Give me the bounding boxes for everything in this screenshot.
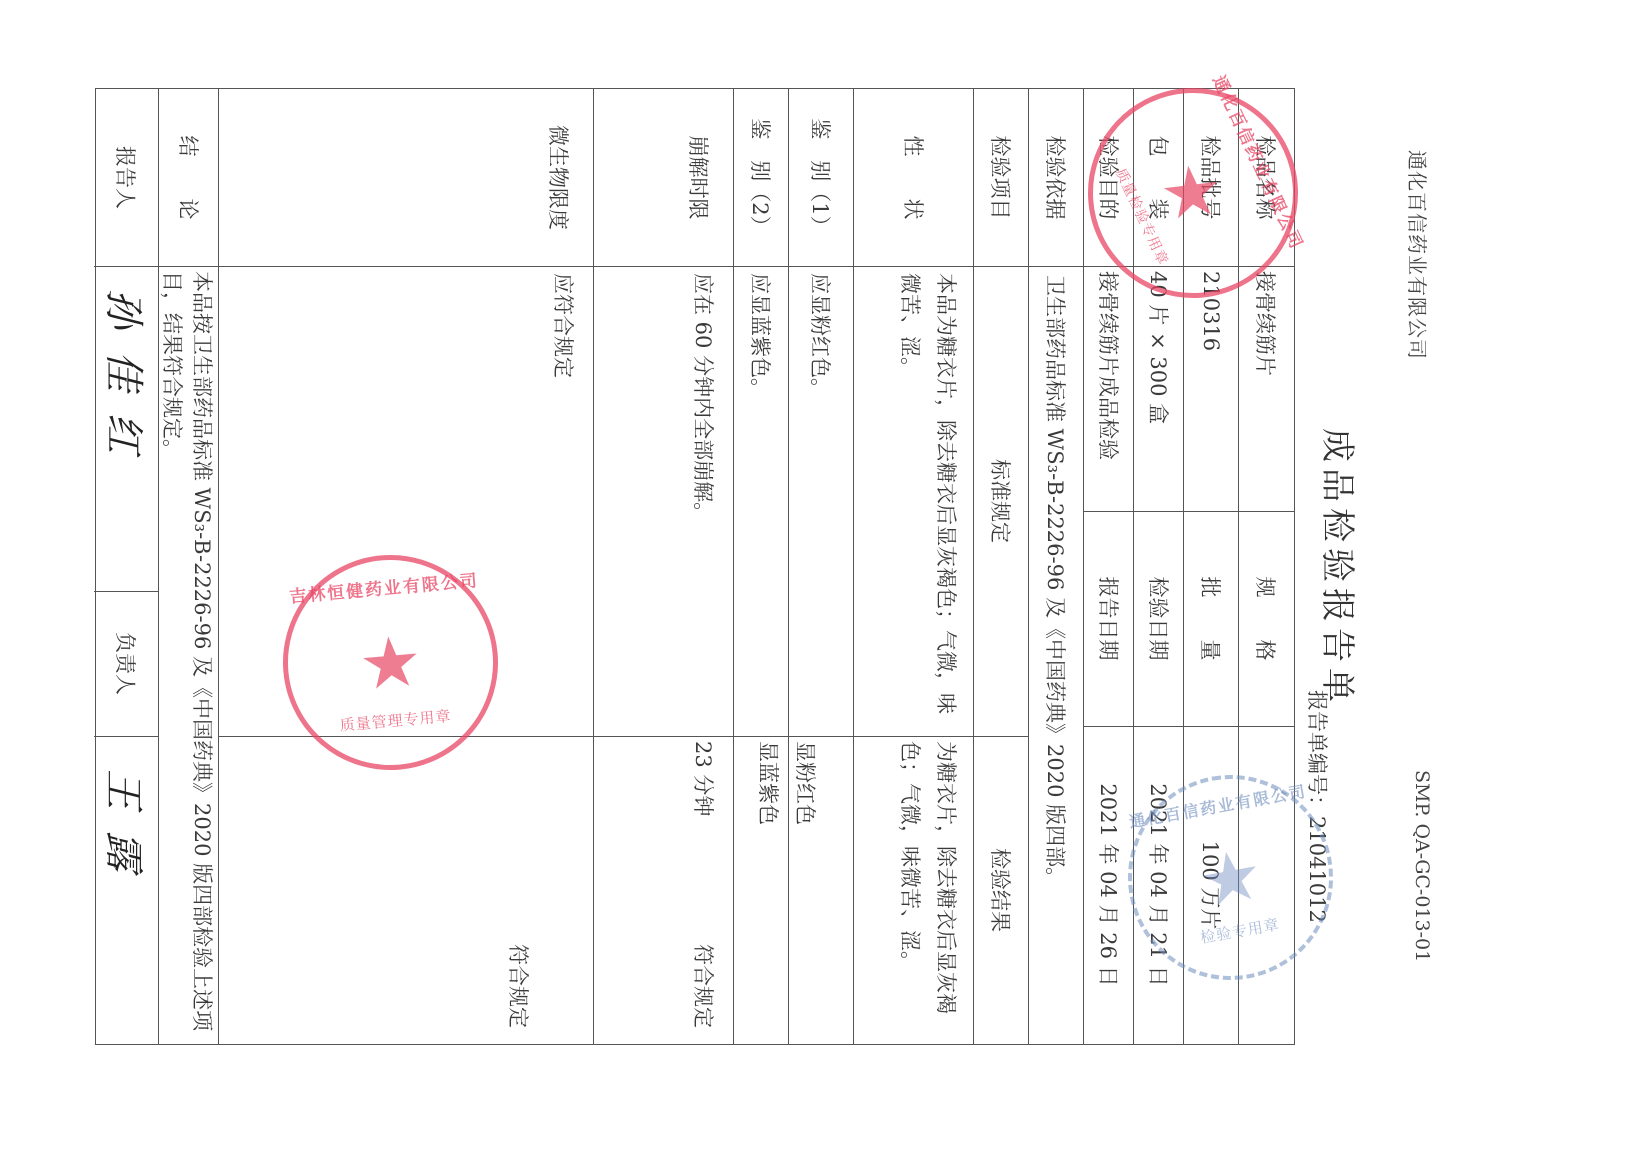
table-row-standard: 本品为糖衣片，除去糖衣后显灰褐色；气微，味微苦、涩。 [854, 273, 974, 733]
table-row-item: 鉴 别（2） [734, 89, 789, 266]
table-row-result: 为糖衣片，除去糖衣后显灰褐色；气微，味微苦、涩。 [854, 741, 974, 1041]
company-name: 通化百信药业有限公司 [1404, 150, 1433, 360]
purpose-value: 接骨续筋片成品检验 [1084, 271, 1134, 511]
conclusion-label: 结 论 [159, 89, 219, 266]
reporter-label: 报告人 [94, 89, 159, 266]
table-row-verdict: 符合规定 [489, 944, 549, 1044]
star-icon: ★ [1194, 838, 1268, 918]
table-row-result: 显蓝紫色 [749, 741, 789, 1041]
column-header-standard: 标准规定 [974, 266, 1029, 736]
page-title: 成品检验报告单 [1316, 428, 1365, 708]
table-row-item: 崩解时限 [594, 89, 734, 266]
table-row-standard: 应显粉红色。 [789, 273, 854, 733]
table-row-verdict: 符合规定 [674, 944, 734, 1044]
stamp-subtext: 质量管理专用章 [293, 701, 499, 740]
table-row-standard: 应显蓝紫色。 [734, 273, 789, 733]
table-row-standard: 应在 60 分钟内全部崩解。 [674, 273, 734, 733]
batch-no-value: 210316 [1184, 271, 1239, 511]
star-icon: ★ [1148, 150, 1238, 236]
manager-label: 负责人 [94, 591, 159, 736]
table-row-result: 显粉红色 [789, 741, 854, 1041]
scanned-document-viewport: 通化百信药业有限公司 成品检验报告单 SMP. QA-GC-013-01 报告单… [0, 0, 1638, 1158]
form-code: SMP. QA-GC-013-01 [1411, 770, 1433, 962]
column-header-result: 检验结果 [974, 736, 1029, 1044]
basis-value: 卫生部药品标准 WS₃-B-2226-96 及《中国药典》2020 版四部。 [1029, 275, 1084, 1045]
star-icon: ★ [356, 625, 425, 700]
report-date-value: 2021 年 04 月 26 日 [1084, 726, 1134, 1044]
manager-signature: 王露 [94, 769, 159, 1039]
spec-label: 规 格 [1239, 511, 1294, 726]
conclusion-text: 本品按卫生部药品标准 WS₃-B-2226-96 及《中国药典》2020 版四部… [159, 271, 219, 1041]
inspection-report-page: 通化百信药业有限公司 成品检验报告单 SMP. QA-GC-013-01 报告单… [0, 0, 1638, 1158]
reporter-signature: 孙佳红 [94, 289, 159, 589]
column-header-item: 检验项目 [974, 89, 1029, 266]
table-row-standard: 应符合规定 [534, 273, 594, 733]
product-name-value: 接骨续筋片 [1239, 271, 1294, 511]
report-date-label: 报告日期 [1084, 511, 1134, 726]
batch-size-label: 批 量 [1184, 511, 1239, 726]
table-row-item: 微生物限度 [504, 89, 594, 266]
test-date-label: 检验日期 [1134, 511, 1184, 726]
basis-label: 检验依据 [1029, 89, 1084, 266]
table-row-item: 性 状 [854, 89, 974, 266]
table-row-item: 鉴 别（1） [789, 89, 854, 266]
table-row-result: 23 分钟 [674, 741, 734, 861]
